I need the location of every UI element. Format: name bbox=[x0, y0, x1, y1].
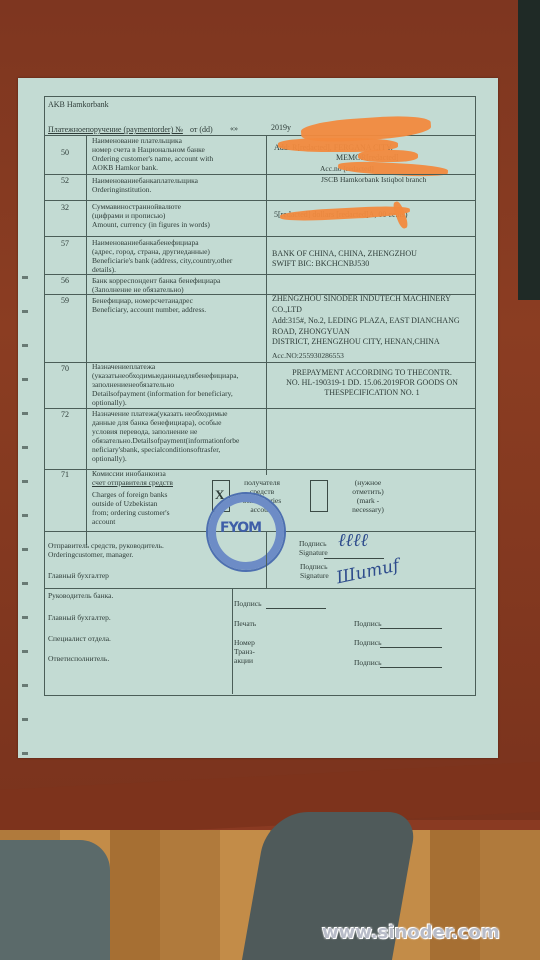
row-code: 70 bbox=[45, 364, 85, 373]
row-code: 72 bbox=[45, 410, 85, 419]
bank-sign-label: Подпись bbox=[354, 638, 382, 647]
dark-edge bbox=[518, 0, 540, 300]
beneficiary-line: ZHENGZHOU SINODER INDUTECH MACHINERY bbox=[272, 294, 451, 304]
order-year: 2019y bbox=[271, 123, 291, 133]
divider bbox=[266, 135, 267, 475]
row-code: 59 bbox=[45, 296, 85, 305]
beneficiary-line: Add:315#, No.2, LEDING PLAZA, EAST DIANC… bbox=[272, 316, 460, 326]
sender-manager-label: Отправитель средств, руководитель. Order… bbox=[48, 541, 164, 559]
bank-name: AKB Hamkorbank bbox=[48, 100, 109, 110]
divider bbox=[266, 531, 267, 588]
signature-line bbox=[380, 667, 442, 668]
beneficiary-bank: BANK OF CHINA, CHINA, ZHENGZHOU bbox=[272, 249, 417, 259]
signature-scribble: ℓℓℓℓ bbox=[338, 530, 368, 551]
mark-necessary-checkbox[interactable] bbox=[310, 480, 328, 512]
bank-specialist-label: Специалист отдела. bbox=[48, 634, 111, 643]
row-label: Суммавиностраннойвалюте (цифрами и пропи… bbox=[92, 202, 210, 229]
bank-head-label: Руководитель банка. bbox=[48, 591, 113, 600]
divider bbox=[232, 588, 233, 694]
row-code: 52 bbox=[45, 176, 85, 185]
row-code: 50 bbox=[45, 148, 85, 157]
watermark: www.sinoder.com bbox=[322, 922, 500, 943]
row-code: 56 bbox=[45, 276, 85, 285]
beneficiary-line: CO.,LTD bbox=[272, 305, 302, 315]
beneficiary-line: DISTRICT, ZHENGZHOU CITY, HENAN,CHINA bbox=[272, 337, 440, 347]
bank-accountant-label: Главный бухгалтер. bbox=[48, 613, 111, 622]
payer-bank: JSCB Hamkorbank Istiqbol branch bbox=[321, 175, 426, 184]
divider bbox=[45, 274, 475, 275]
beneficiary-line: ROAD, ZHONGYUAN bbox=[272, 327, 350, 337]
payment-order-document: AKB Hamkorbank Платежноепоручение (payme… bbox=[18, 78, 498, 758]
row-code: 57 bbox=[45, 239, 85, 248]
row-code: 32 bbox=[45, 203, 85, 212]
signature-line bbox=[380, 628, 442, 629]
bank-stamp-label: Печать bbox=[234, 619, 256, 628]
signature-line bbox=[266, 608, 326, 609]
order-date-label: от (dd) bbox=[190, 125, 213, 135]
beneficiary-account: Acc.NO:255930286553 bbox=[272, 351, 344, 360]
charges-label-ru: Комиссии инобанкоиза bbox=[92, 469, 166, 478]
payment-details: PREPAYMENT ACCORDING TO THECONTR. bbox=[272, 368, 472, 378]
row-label: Наименованиебанкабенефициара (адрес, гор… bbox=[92, 238, 232, 274]
payment-details: NO. HL-190319-1 DD. 15.06.2019FOR GOODS … bbox=[272, 378, 472, 388]
payment-details: THESPECIFICATION NO. 1 bbox=[272, 388, 472, 398]
bank-sign-label: Подпись bbox=[234, 599, 262, 608]
mark-necessary-label: (нужное отметить) (mark - necessary) bbox=[343, 478, 393, 514]
chief-accountant-label: Главный бухгалтер bbox=[48, 571, 109, 580]
divider bbox=[45, 200, 475, 201]
order-label: Платежноепоручение (paymentorder) № bbox=[48, 125, 183, 135]
row-label: Бенефициар, номерсчетаиадрес Beneficiary… bbox=[92, 296, 206, 314]
charges-label-en: Charges of foreign banks outside of Uzbe… bbox=[92, 490, 170, 526]
divider bbox=[45, 588, 475, 589]
signature-line bbox=[324, 558, 384, 559]
row-label: Назначение платежа(указать необходимые д… bbox=[92, 409, 239, 463]
row-code: 71 bbox=[45, 470, 85, 479]
company-stamp: FYOM bbox=[206, 492, 286, 572]
row-label: Назначениеплатежа (указатьнеобходимыедан… bbox=[92, 362, 238, 407]
leg-left bbox=[0, 840, 110, 960]
bank-executor-label: Ответисполнитель. bbox=[48, 654, 109, 663]
charges-label-ru-underlined: счет отправителя средств bbox=[92, 478, 173, 487]
stamp-logo: FYOM bbox=[220, 520, 261, 536]
redaction-mark bbox=[358, 150, 418, 162]
scan-marks bbox=[22, 258, 28, 778]
transaction-number-label: Номер Транз- акции bbox=[234, 638, 255, 665]
row-label: Банк корреспондент банка бенефициара (За… bbox=[92, 276, 220, 294]
bank-sign-label: Подпись bbox=[354, 658, 382, 667]
divider bbox=[86, 135, 87, 545]
order-quote: «» bbox=[230, 124, 238, 134]
signature-label-2: Подпись Signature bbox=[300, 562, 329, 580]
row-label: Наименование плательщика номер счета в Н… bbox=[92, 136, 213, 172]
signature-label-1: Подпись Signature bbox=[299, 539, 328, 557]
bank-sign-label: Подпись bbox=[354, 619, 382, 628]
swift-code: SWIFT BIC: BKCHCNBJ530 bbox=[272, 259, 369, 269]
divider bbox=[45, 236, 475, 237]
signature-line bbox=[380, 647, 442, 648]
row-label: Наименованиебанкаплательщика Orderingins… bbox=[92, 176, 198, 194]
